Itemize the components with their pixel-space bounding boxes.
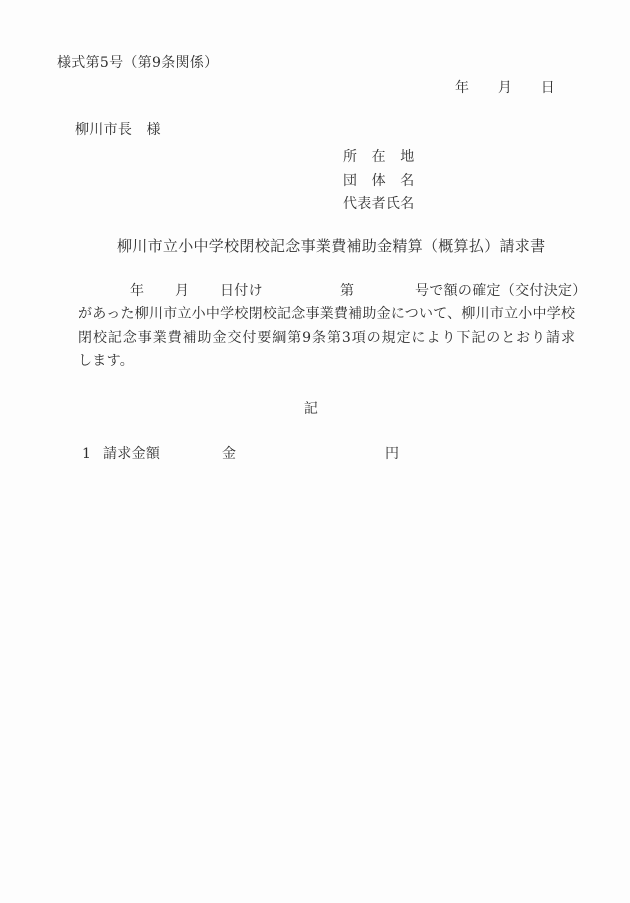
body-date-day-label: 日付け xyxy=(220,283,263,299)
document-title: 柳川市立小中学校閉校記念事業費補助金精算（概算払）請求書 xyxy=(117,238,545,255)
document-page: 様式第5号（第9条関係） 年 月 日 柳川市長 様 所 在 地 団 体 名 代表… xyxy=(0,0,630,903)
item-currency-prefix: 金 xyxy=(222,446,236,462)
body-date-month-label: 月 xyxy=(175,283,189,299)
body-decision-text: 号で額の確定（交付決定） xyxy=(415,283,587,299)
address-org-name-label: 団 体 名 xyxy=(343,173,415,189)
addressee-line: 柳川市長 様 xyxy=(75,122,161,138)
address-location-label: 所 在 地 xyxy=(343,149,415,165)
body-paragraph-line2: があった柳川市立小中学校閉校記念事業費補助金について、柳川市立小中学校 xyxy=(78,306,575,322)
address-representative-label: 代表者氏名 xyxy=(343,196,415,212)
body-paragraph-line4: します。 xyxy=(78,353,134,369)
record-marker: 記 xyxy=(0,401,622,417)
body-paragraph-line3: 閉校記念事業費補助金交付要綱第9条第3項の規定により下記のとおり請求 xyxy=(78,330,575,346)
body-document-no-prefix: 第 xyxy=(340,283,354,299)
item-currency-unit: 円 xyxy=(385,446,399,462)
item-request-amount-label: 請求金額 xyxy=(103,446,160,462)
item-number: 1 xyxy=(82,446,91,462)
date-line: 年 月 日 xyxy=(455,80,555,96)
body-date-year-label: 年 xyxy=(130,283,144,299)
form-number-label: 様式第5号（第9条関係） xyxy=(57,55,218,71)
